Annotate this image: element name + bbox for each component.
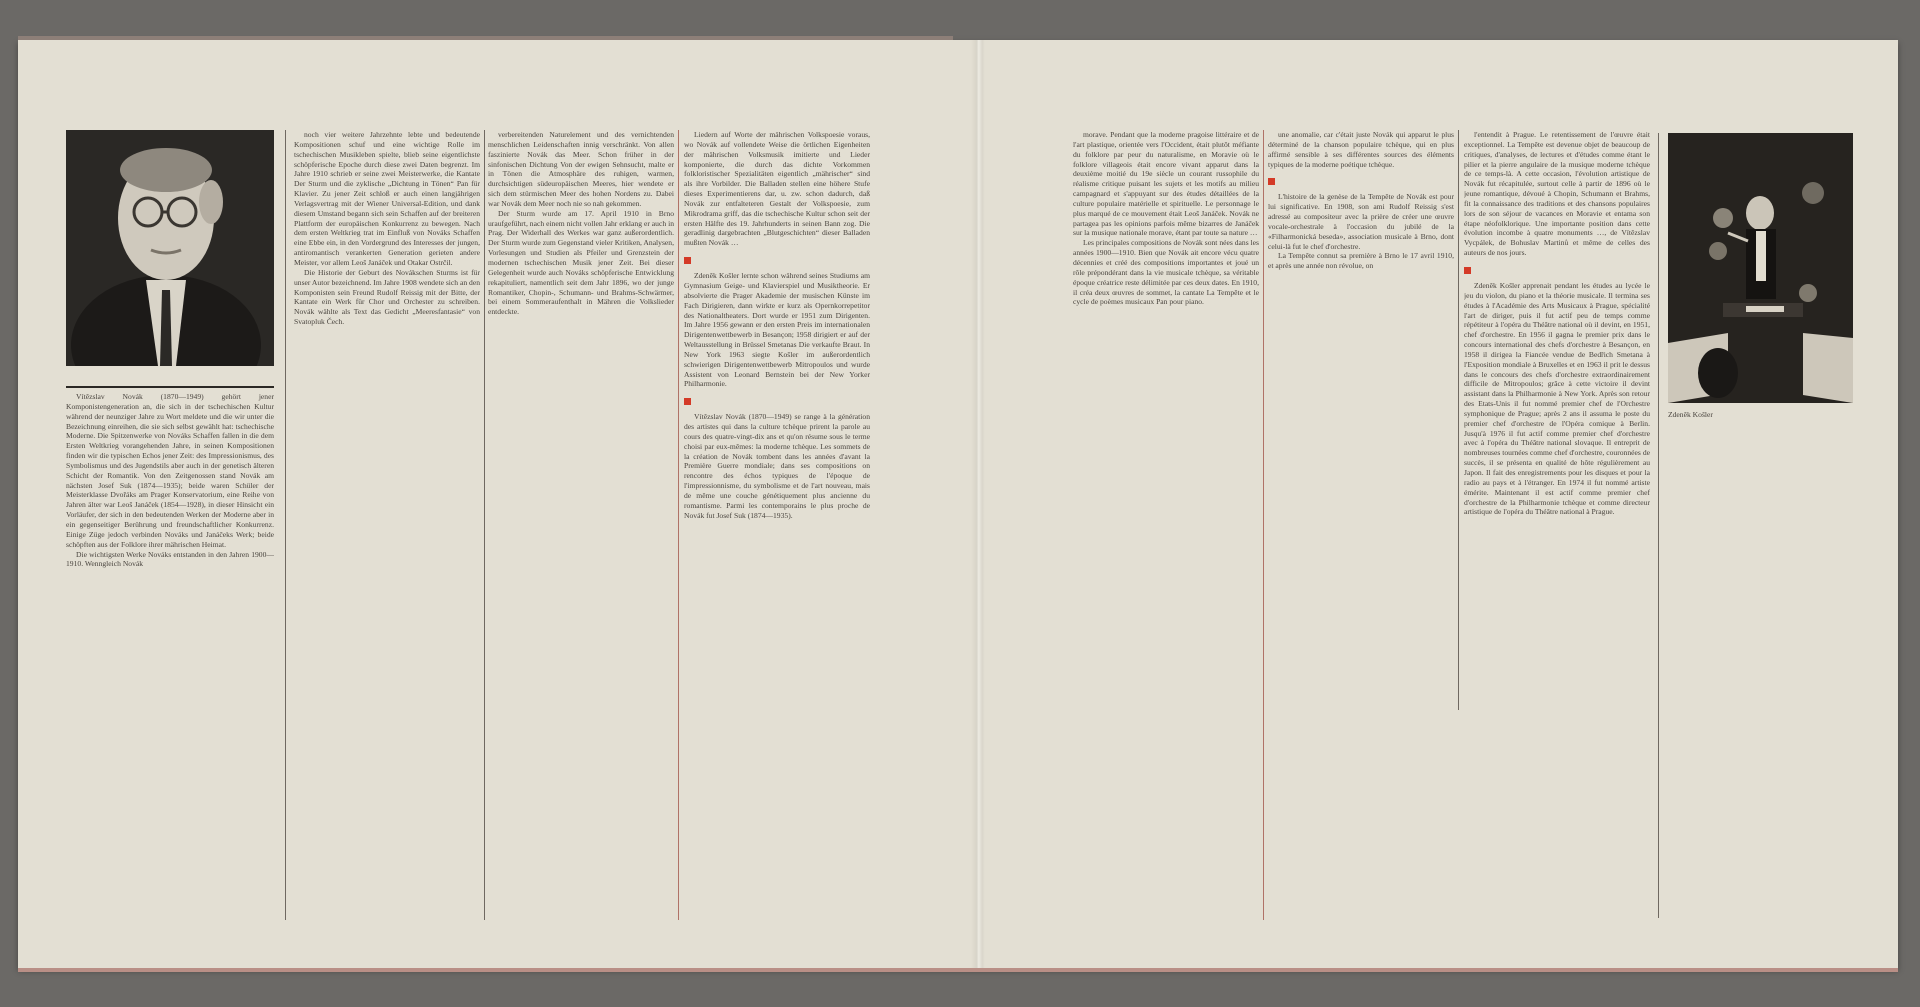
koller-conducting-photo (1668, 133, 1853, 403)
german-column-3: verbereitenden Naturelement und des vern… (488, 130, 674, 920)
paragraph: L'histoire de la genèse de la Tempête de… (1268, 192, 1454, 251)
center-fold (971, 40, 985, 968)
paragraph: Die Historie der Geburt des Novákschen S… (294, 268, 480, 327)
paragraph: verbereitenden Naturelement und des vern… (488, 130, 674, 209)
german-column-1: Vítězslav Novák (1870—1949) gehört jener… (66, 392, 274, 912)
novak-portrait-photo (66, 130, 274, 366)
german-column-2: noch vier weitere Jahrzehnte lebte und b… (294, 130, 480, 920)
french-column-2: une anomalie, car c'était juste Novák qu… (1268, 130, 1454, 920)
inner-sleeve-edge (18, 36, 953, 40)
paragraph: Vítězslav Novák (1870—1949) gehört jener… (66, 392, 274, 550)
conductor-image (1668, 133, 1853, 403)
paragraph: Die wichtigsten Werke Nováks entstanden … (66, 550, 274, 570)
portrait-image (66, 130, 274, 366)
paragraph: Zdeněk Košler apprenait pendant les étud… (1464, 281, 1650, 517)
paragraph: Vítězslav Novák (1870—1949) se range à l… (684, 412, 870, 520)
french-column-1: morave. Pendant que la moderne pragoise … (1073, 130, 1259, 920)
red-section-marker (1464, 267, 1471, 274)
photo-caption: Zdeněk Košler (1668, 410, 1713, 419)
photo-divider-rule (66, 386, 274, 388)
paragraph: morave. Pendant que la moderne pragoise … (1073, 130, 1259, 238)
paragraph: l'entendit à Prague. Le retentissement d… (1464, 130, 1650, 258)
paragraph: Zdeněk Košler lernte schon während seine… (684, 271, 870, 389)
red-section-marker (684, 398, 691, 405)
paragraph: une anomalie, car c'était juste Novák qu… (1268, 130, 1454, 169)
column-rule (1658, 133, 1659, 918)
column-rule (285, 130, 286, 920)
paragraph: noch vier weitere Jahrzehnte lebte und b… (294, 130, 480, 268)
column-rule (1263, 130, 1264, 920)
paragraph: Liedern auf Worte der mährischen Volkspo… (684, 130, 870, 248)
german-column-4: Liedern auf Worte der mährischen Volkspo… (684, 130, 870, 920)
french-column-3: l'entendit à Prague. Le retentissement d… (1464, 130, 1650, 710)
red-section-marker (684, 257, 691, 264)
paragraph: Der Sturm wurde am 17. April 1910 in Brn… (488, 209, 674, 317)
column-rule (678, 130, 679, 920)
paragraph: Les principales compositions de Novák so… (1073, 238, 1259, 307)
lp-gatefold-sleeve: Vítězslav Novák (1870—1949) gehört jener… (18, 40, 1898, 968)
red-section-marker (1268, 178, 1275, 185)
paragraph: La Tempête connut sa première à Brno le … (1268, 251, 1454, 271)
column-rule (484, 130, 485, 920)
column-rule (1458, 130, 1459, 710)
